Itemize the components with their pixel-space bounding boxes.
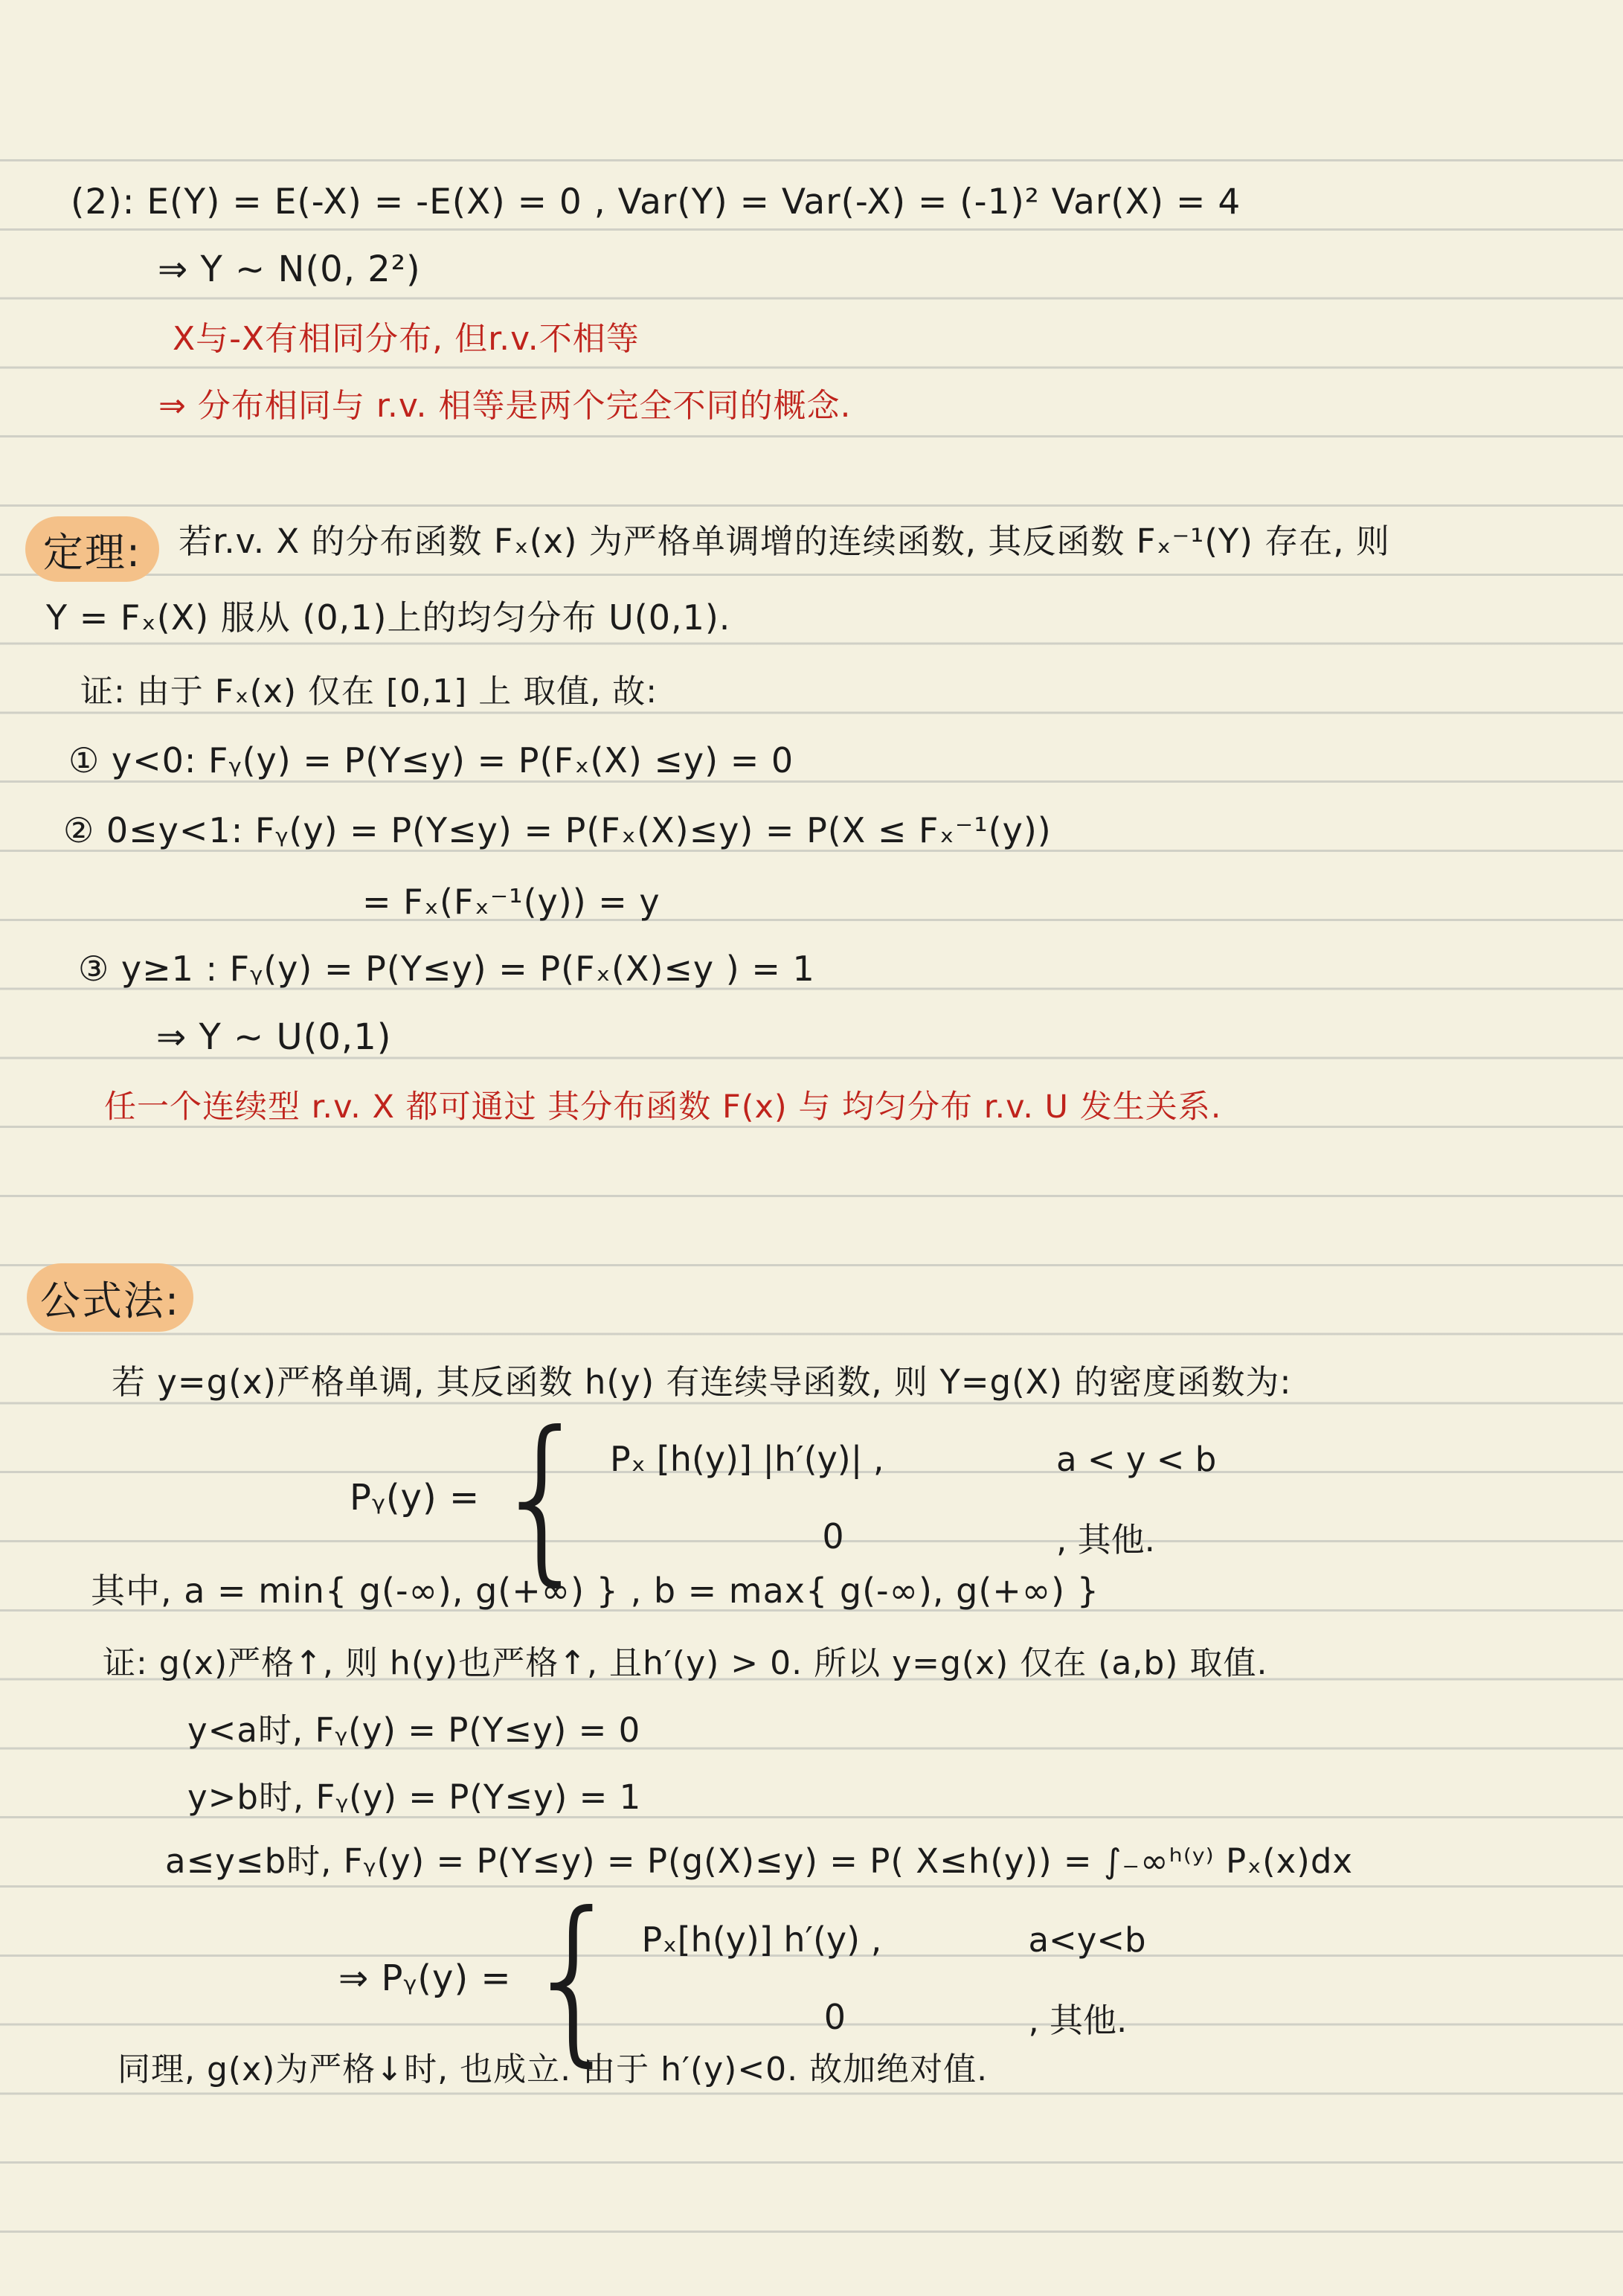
density-piecewise: Pᵧ(y) = { Pₓ [h(y)] |h′(y)| , a < y < b … [350, 1426, 1216, 1570]
piecewise-row: 0 , 其他. [641, 1984, 1145, 2050]
formula-method-pill: 公式法: [27, 1263, 193, 1332]
piecewise-row: 0 , 其他. [610, 1503, 1216, 1570]
piecewise-rows: Pₓ[h(y)] h′(y) , a<y<b 0 , 其他. [641, 1906, 1145, 2050]
piecewise-cond: , 其他. [1056, 1513, 1155, 1561]
proof-case-3: ③ y≥1 : Fᵧ(y) = P(Y≤y) = P(Fₓ(X)≤y ) = 1 [78, 948, 815, 991]
case-y-less-a: y<a时, Fᵧ(y) = P(Y≤y) = 0 [187, 1710, 640, 1751]
piecewise-expr: Pₓ [h(y)] |h′(y)| , [610, 1439, 1056, 1479]
uniform-conclusion: ⇒ Y ~ U(0,1) [156, 1015, 391, 1059]
range-definition: 其中, a = min{ g(-∞), g(+∞) } , b = max{ g… [91, 1570, 1099, 1613]
case-y-greater-b: y>b时, Fᵧ(y) = P(Y≤y) = 1 [187, 1777, 641, 1818]
result-piecewise: ⇒ Pᵧ(y) = { Pₓ[h(y)] h′(y) , a<y<b 0 , 其… [338, 1906, 1146, 2050]
piecewise-expr: 0 [641, 1997, 1028, 2037]
theorem-statement-2: Y = Fₓ(X) 服从 (0,1)上的均匀分布 U(0,1). [46, 597, 730, 640]
case-a-y-b-integral: a≤y≤b时, Fᵧ(y) = P(Y≤y) = P(g(X)≤y) = P( … [165, 1841, 1353, 1882]
piecewise-cond: a < y < b [1056, 1440, 1216, 1479]
piecewise-cond: a<y<b [1028, 1920, 1145, 1960]
piecewise-expr: 0 [610, 1516, 1056, 1556]
remark-continuous-rv: 任一个连续型 r.v. X 都可通过 其分布函数 F(x) 与 均匀分布 r.v… [104, 1088, 1221, 1128]
piecewise-row: Pₓ [h(y)] |h′(y)| , a < y < b [610, 1426, 1216, 1492]
piecewise-lhs: Pᵧ(y) = [350, 1477, 480, 1519]
theorem-statement-1: 若r.v. X 的分布函数 Fₓ(x) 为严格单调增的连续函数, 其反函数 Fₓ… [179, 521, 1390, 562]
note-same-distribution: X与-X有相同分布, 但r.v.不相等 [173, 318, 640, 359]
piecewise-cond: , 其他. [1028, 1993, 1127, 2042]
line-expectation-variance: (2): E(Y) = E(-X) = -E(X) = 0 , Var(Y) =… [71, 181, 1241, 225]
line-normal-conclusion: ⇒ Y ~ N(0, 2²) [158, 247, 421, 292]
piecewise-rows: Pₓ [h(y)] |h′(y)| , a < y < b 0 , 其他. [610, 1426, 1216, 1570]
notebook-page: (2): E(Y) = E(-X) = -E(X) = 0 , Var(Y) =… [0, 0, 1623, 2296]
piecewise-lhs: ⇒ Pᵧ(y) = [338, 1957, 512, 1999]
proof-case-1: ① y<0: Fᵧ(y) = P(Y≤y) = P(Fₓ(X) ≤y) = 0 [68, 740, 794, 783]
closing-remark: 同理, g(x)为严格↓时, 也成立. 由于 h′(y)<0. 故加绝对值. [118, 2049, 988, 2090]
proof-intro: 证: 由于 Fₓ(x) 仅在 [0,1] 上 取值, 故: [80, 671, 658, 712]
note-concept-difference: ⇒ 分布相同与 r.v. 相等是两个完全不同的概念. [158, 385, 851, 426]
proof-case-2-continued: = Fₓ(Fₓ⁻¹(y)) = y [362, 881, 661, 924]
proof-case-2: ② 0≤y<1: Fᵧ(y) = P(Y≤y) = P(Fₓ(X)≤y) = P… [63, 809, 1052, 853]
piecewise-expr: Pₓ[h(y)] h′(y) , [641, 1920, 1028, 1960]
theorem-pill: 定理: [25, 516, 159, 582]
formula-method-pill-label: 公式法: [40, 1269, 180, 1327]
formula-method-intro: 若 y=g(x)严格单调, 其反函数 h(y) 有连续导函数, 则 Y=g(X)… [112, 1362, 1292, 1403]
monotone-proof: 证: g(x)严格↑, 则 h(y)也严格↑, 且h′(y) > 0. 所以 y… [103, 1643, 1267, 1684]
piecewise-brace: { [524, 1898, 626, 2059]
piecewise-row: Pₓ[h(y)] h′(y) , a<y<b [641, 1906, 1145, 1973]
piecewise-brace: { [492, 1417, 594, 1579]
theorem-pill-label: 定理: [43, 521, 141, 578]
